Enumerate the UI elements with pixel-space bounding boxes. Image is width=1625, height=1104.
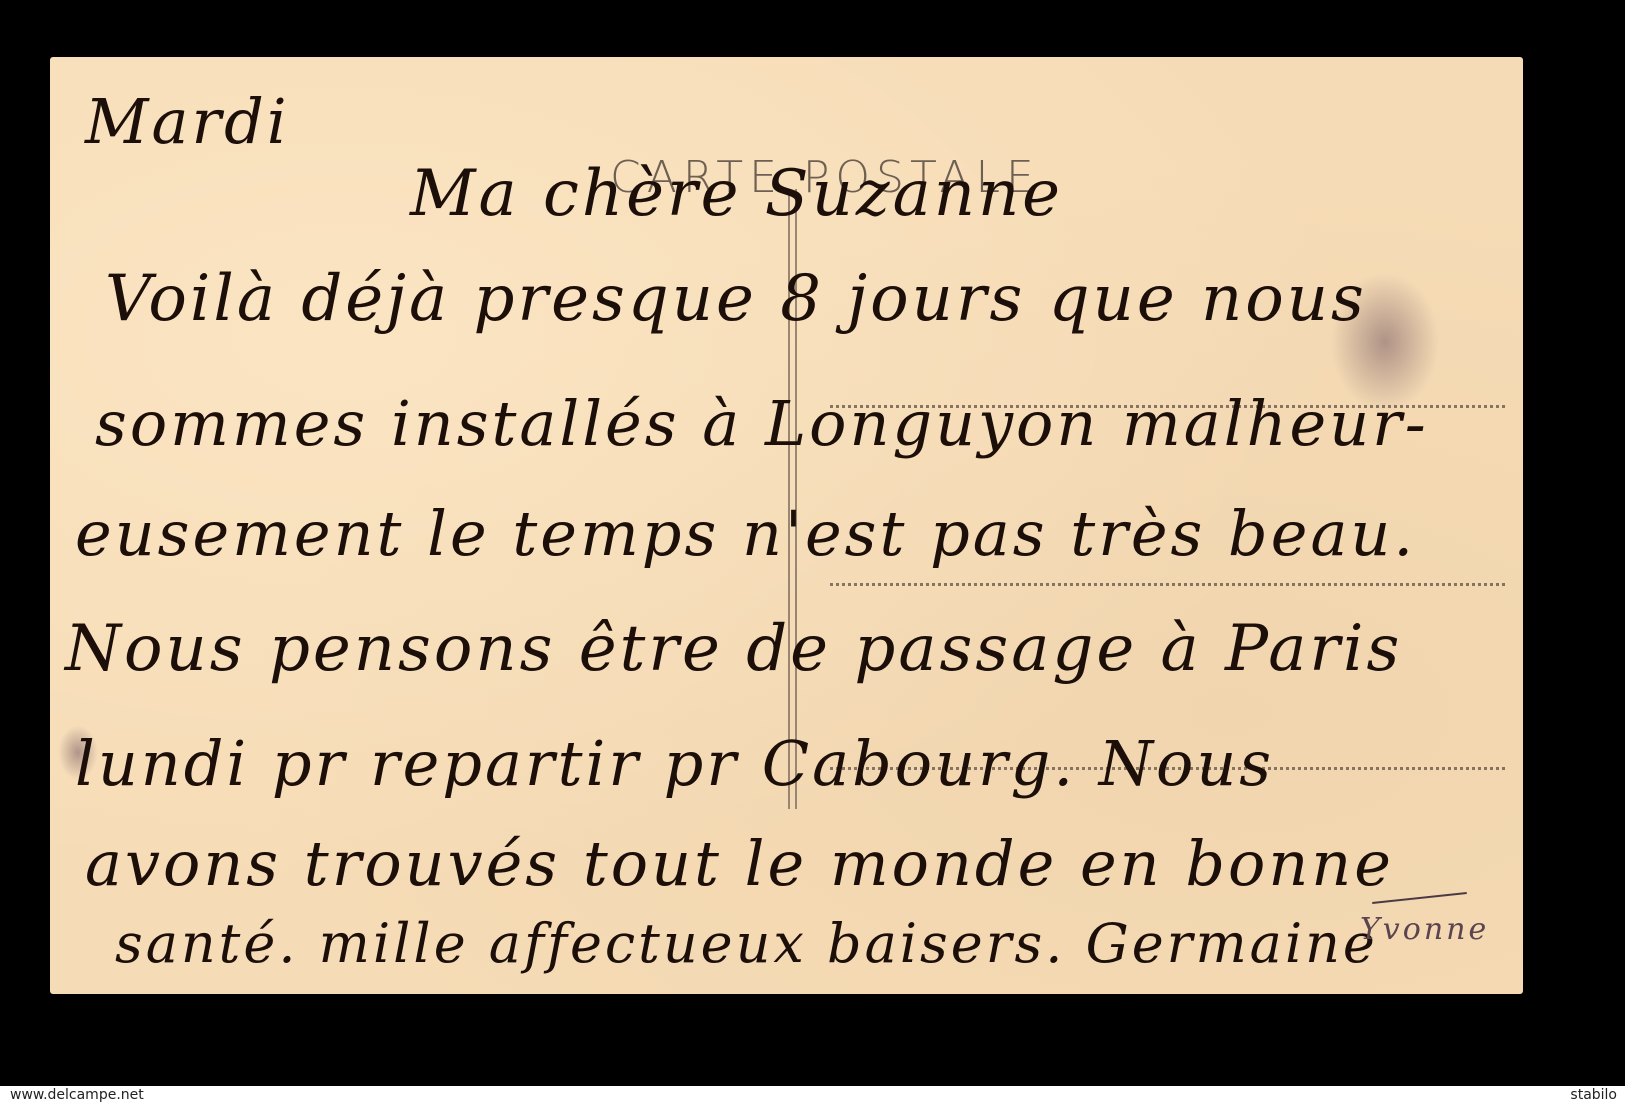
handwritten-salutation: Ma chère Suzanne (410, 157, 1063, 231)
handwritten-closing: santé. mille affectueux baisers. Germain… (115, 912, 1378, 975)
watermark-footer: www.delcampe.net stabilo (0, 1086, 1625, 1104)
postcard-back: CARTE POSTALE Mardi Ma chère Suzanne Voi… (50, 57, 1523, 994)
handwritten-line: avons trouvés tout le monde en bonne (85, 827, 1394, 900)
handwritten-signature-extra: Yvonne (1360, 912, 1489, 947)
handwritten-line: lundi pr repartir pr Cabourg. Nous (75, 727, 1274, 800)
handwritten-line: Voilà déjà presque 8 jours que nous (105, 262, 1367, 336)
address-line-2 (830, 583, 1505, 586)
handwritten-line: sommes installés à Longuyon malheur- (95, 387, 1429, 460)
handwritten-day: Mardi (85, 85, 290, 158)
site-watermark: www.delcampe.net (10, 1086, 144, 1104)
handwritten-line: Nous pensons être de passage à Paris (65, 612, 1402, 686)
seller-name: stabilo (1570, 1086, 1617, 1104)
handwritten-line: eusement le temps n'est pas très beau. (75, 497, 1416, 570)
